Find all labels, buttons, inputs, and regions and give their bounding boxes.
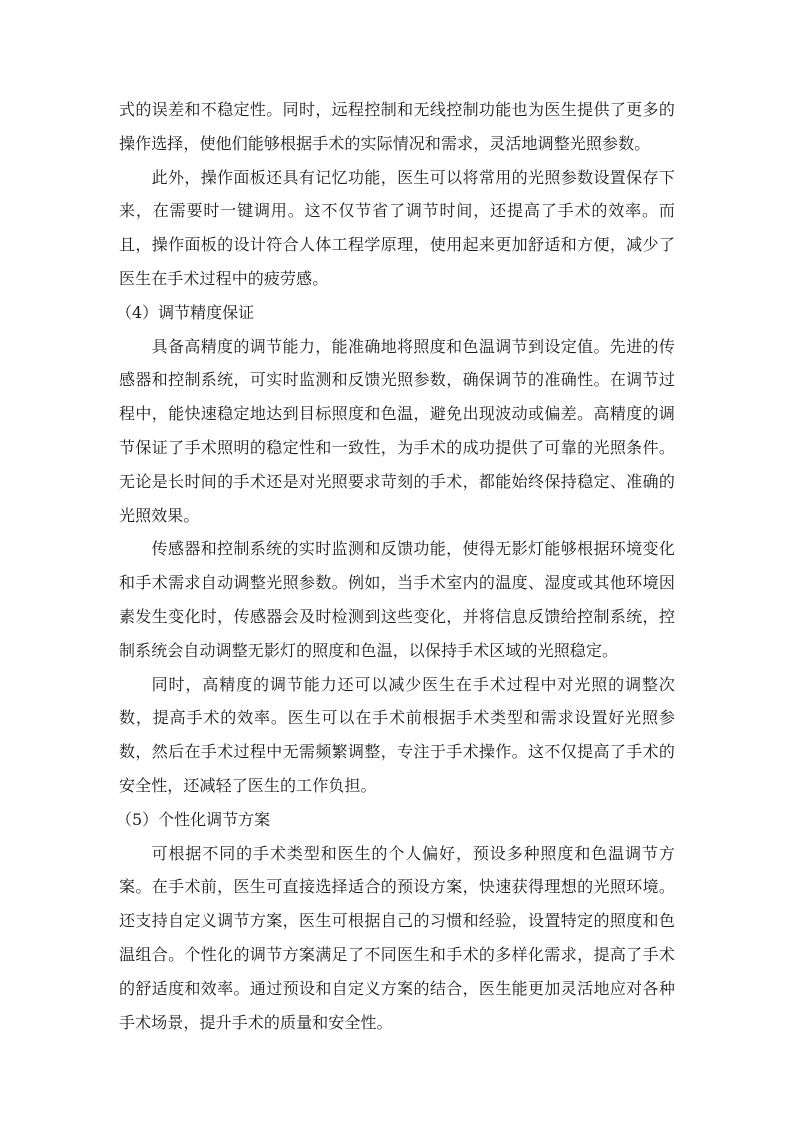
paragraph-memory-function: 此外，操作面板还具有记忆功能，医生可以将常用的光照参数设置保存下来，在需要时一键… [119, 161, 675, 296]
paragraph-personalized: 可根据不同的手术类型和医生的个人偏好，预设多种照度和色温调节方案。在手术前，医生… [119, 837, 675, 1040]
paragraph-efficiency: 同时，高精度的调节能力还可以减少医生在手术过程中对光照的调整次数，提高手术的效率… [119, 668, 675, 803]
section-heading-personalized: （5）个性化调节方案 [116, 803, 675, 837]
document-page: 式的误差和不稳定性。同时，远程控制和无线控制功能也为医生提供了更多的操作选择，使… [119, 93, 675, 1039]
paragraph-continuation: 式的误差和不稳定性。同时，远程控制和无线控制功能也为医生提供了更多的操作选择，使… [119, 93, 675, 161]
paragraph-precision: 具备高精度的调节能力，能准确地将照度和色温调节到设定值。先进的传感器和控制系统，… [119, 330, 675, 533]
section-heading-precision: （4）调节精度保证 [116, 296, 675, 330]
paragraph-sensor-feedback: 传感器和控制系统的实时监测和反馈功能，使得无影灯能够根据环境变化和手术需求自动调… [119, 532, 675, 667]
